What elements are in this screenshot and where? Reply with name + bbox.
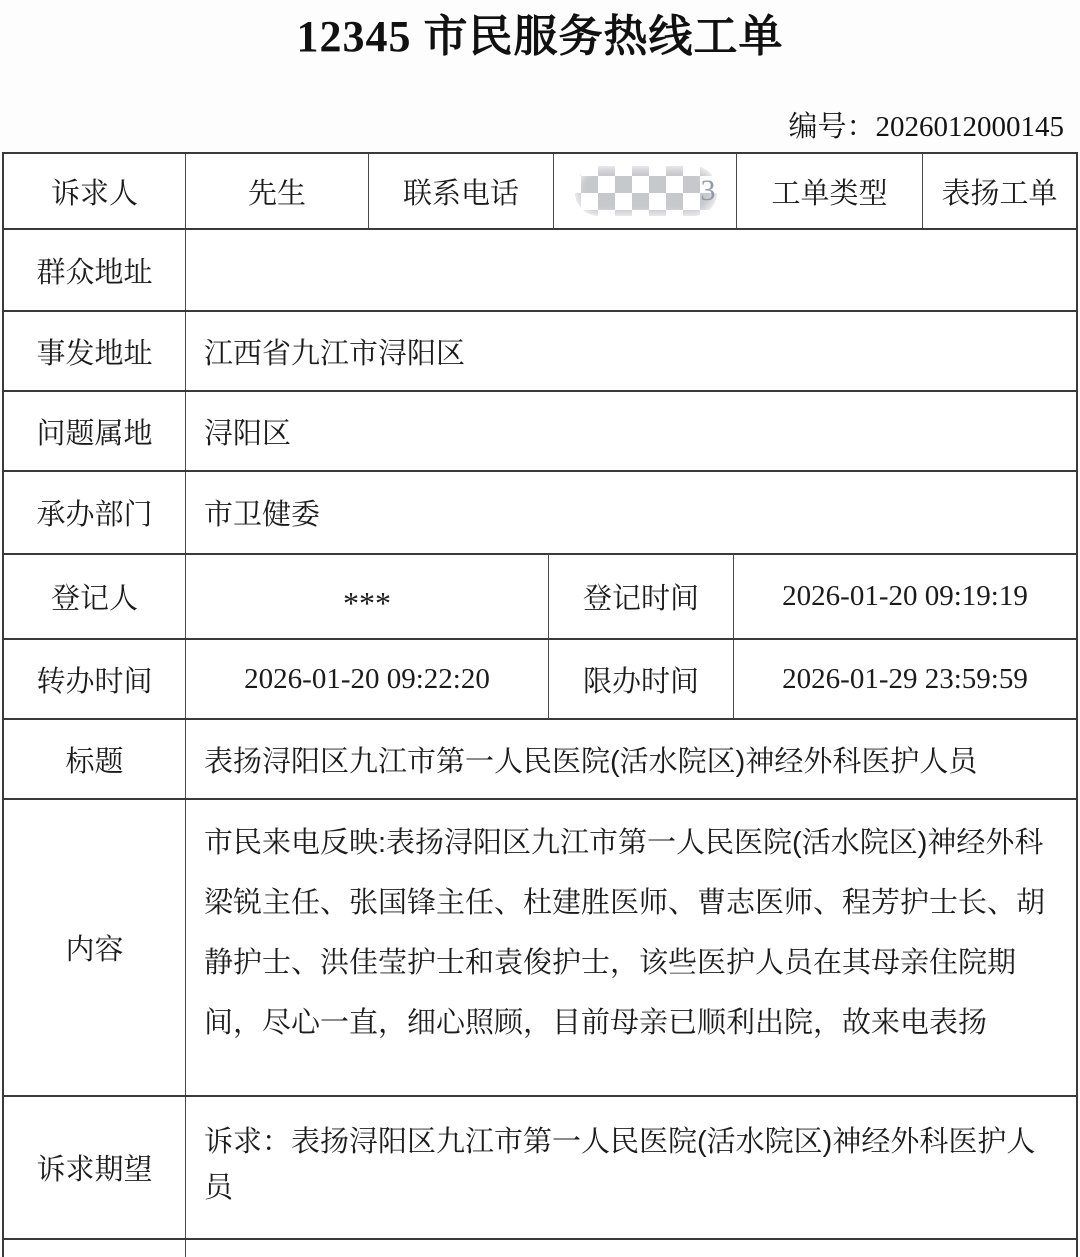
table-row-register: 登记人 *** 登记时间 2026-01-20 09:19:19	[4, 555, 1076, 640]
field-value-department: 市卫健委	[186, 472, 1076, 553]
field-label-expectation: 诉求期望	[4, 1097, 186, 1238]
field-value-registrar: ***	[343, 585, 391, 622]
field-value-register-time: 2026-01-20 09:19:19	[734, 555, 1076, 638]
field-label-appellant: 诉求人	[4, 154, 186, 228]
field-label-department: 承办部门	[4, 472, 186, 553]
field-label-deadline-time: 限办时间	[549, 640, 734, 718]
doc-number-label: 编号：	[788, 111, 875, 143]
field-value-appellant: 先生	[186, 154, 369, 228]
partial-row-label-cell	[4, 1240, 186, 1257]
field-label-order-type: 工单类型	[737, 154, 923, 228]
field-value-order-type: 表扬工单	[923, 154, 1076, 228]
field-label-register-time: 登记时间	[549, 555, 734, 638]
doc-number-value: 2026012000145	[876, 111, 1065, 143]
page-title: 12345 市民服务热线工单	[0, 8, 1080, 66]
field-label-content: 内容	[4, 800, 186, 1095]
table-row-transfer: 转办时间 2026-01-20 09:22:20 限办时间 2026-01-29…	[4, 640, 1076, 720]
field-label-registrar: 登记人	[4, 555, 186, 638]
field-label-incident-address: 事发地址	[4, 312, 186, 390]
field-label-title: 标题	[4, 720, 186, 798]
field-value-contact-phone: 3	[554, 154, 737, 228]
partial-row-value-cell	[186, 1240, 1076, 1257]
field-value-title: 表扬浔阳区九江市第一人民医院(活水院区)神经外科医护人员	[186, 720, 1076, 798]
field-label-transfer-time: 转办时间	[4, 640, 186, 718]
table-row-title: 标题 表扬浔阳区九江市第一人民医院(活水院区)神经外科医护人员	[4, 720, 1076, 800]
field-value-deadline-time: 2026-01-29 23:59:59	[734, 640, 1076, 718]
table-row-appellant: 诉求人 先生 联系电话 3 工单类型 表扬工单	[4, 154, 1076, 230]
field-value-content: 市民来电反映:表扬浔阳区九江市第一人民医院(活水院区)神经外科梁锐主任、张国锋主…	[186, 800, 1076, 1095]
table-row-department: 承办部门 市卫健委	[4, 472, 1076, 555]
field-value-incident-address: 江西省九江市浔阳区	[186, 312, 1076, 390]
phone-visible-digit: 3	[701, 174, 716, 208]
work-order-document: 12345 市民服务热线工单 编号：2026012000145 诉求人 先生 联…	[0, 8, 1080, 1257]
table-row-expectation: 诉求期望 诉求：表扬浔阳区九江市第一人民医院(活水院区)神经外科医护人员	[4, 1097, 1076, 1240]
field-value-transfer-time: 2026-01-20 09:22:20	[186, 640, 549, 718]
field-value-public-address	[186, 230, 1076, 310]
field-label-problem-area: 问题属地	[4, 392, 186, 470]
work-order-table: 诉求人 先生 联系电话 3 工单类型 表扬工单 群众地址 事发地址 江西省九江市…	[2, 152, 1078, 1257]
doc-number: 编号：2026012000145	[0, 104, 1080, 150]
field-value-problem-area: 浔阳区	[186, 392, 1076, 470]
table-row-content: 内容 市民来电反映:表扬浔阳区九江市第一人民医院(活水院区)神经外科梁锐主任、张…	[4, 800, 1076, 1097]
phone-mosaic-censor	[575, 166, 717, 216]
table-row-public-address: 群众地址	[4, 230, 1076, 312]
table-row-incident-address: 事发地址 江西省九江市浔阳区	[4, 312, 1076, 392]
table-row-partial	[4, 1240, 1076, 1257]
field-label-contact-phone: 联系电话	[369, 154, 554, 228]
field-label-public-address: 群众地址	[4, 230, 186, 310]
field-value-expectation: 诉求：表扬浔阳区九江市第一人民医院(活水院区)神经外科医护人员	[186, 1097, 1076, 1238]
table-row-problem-area: 问题属地 浔阳区	[4, 392, 1076, 472]
